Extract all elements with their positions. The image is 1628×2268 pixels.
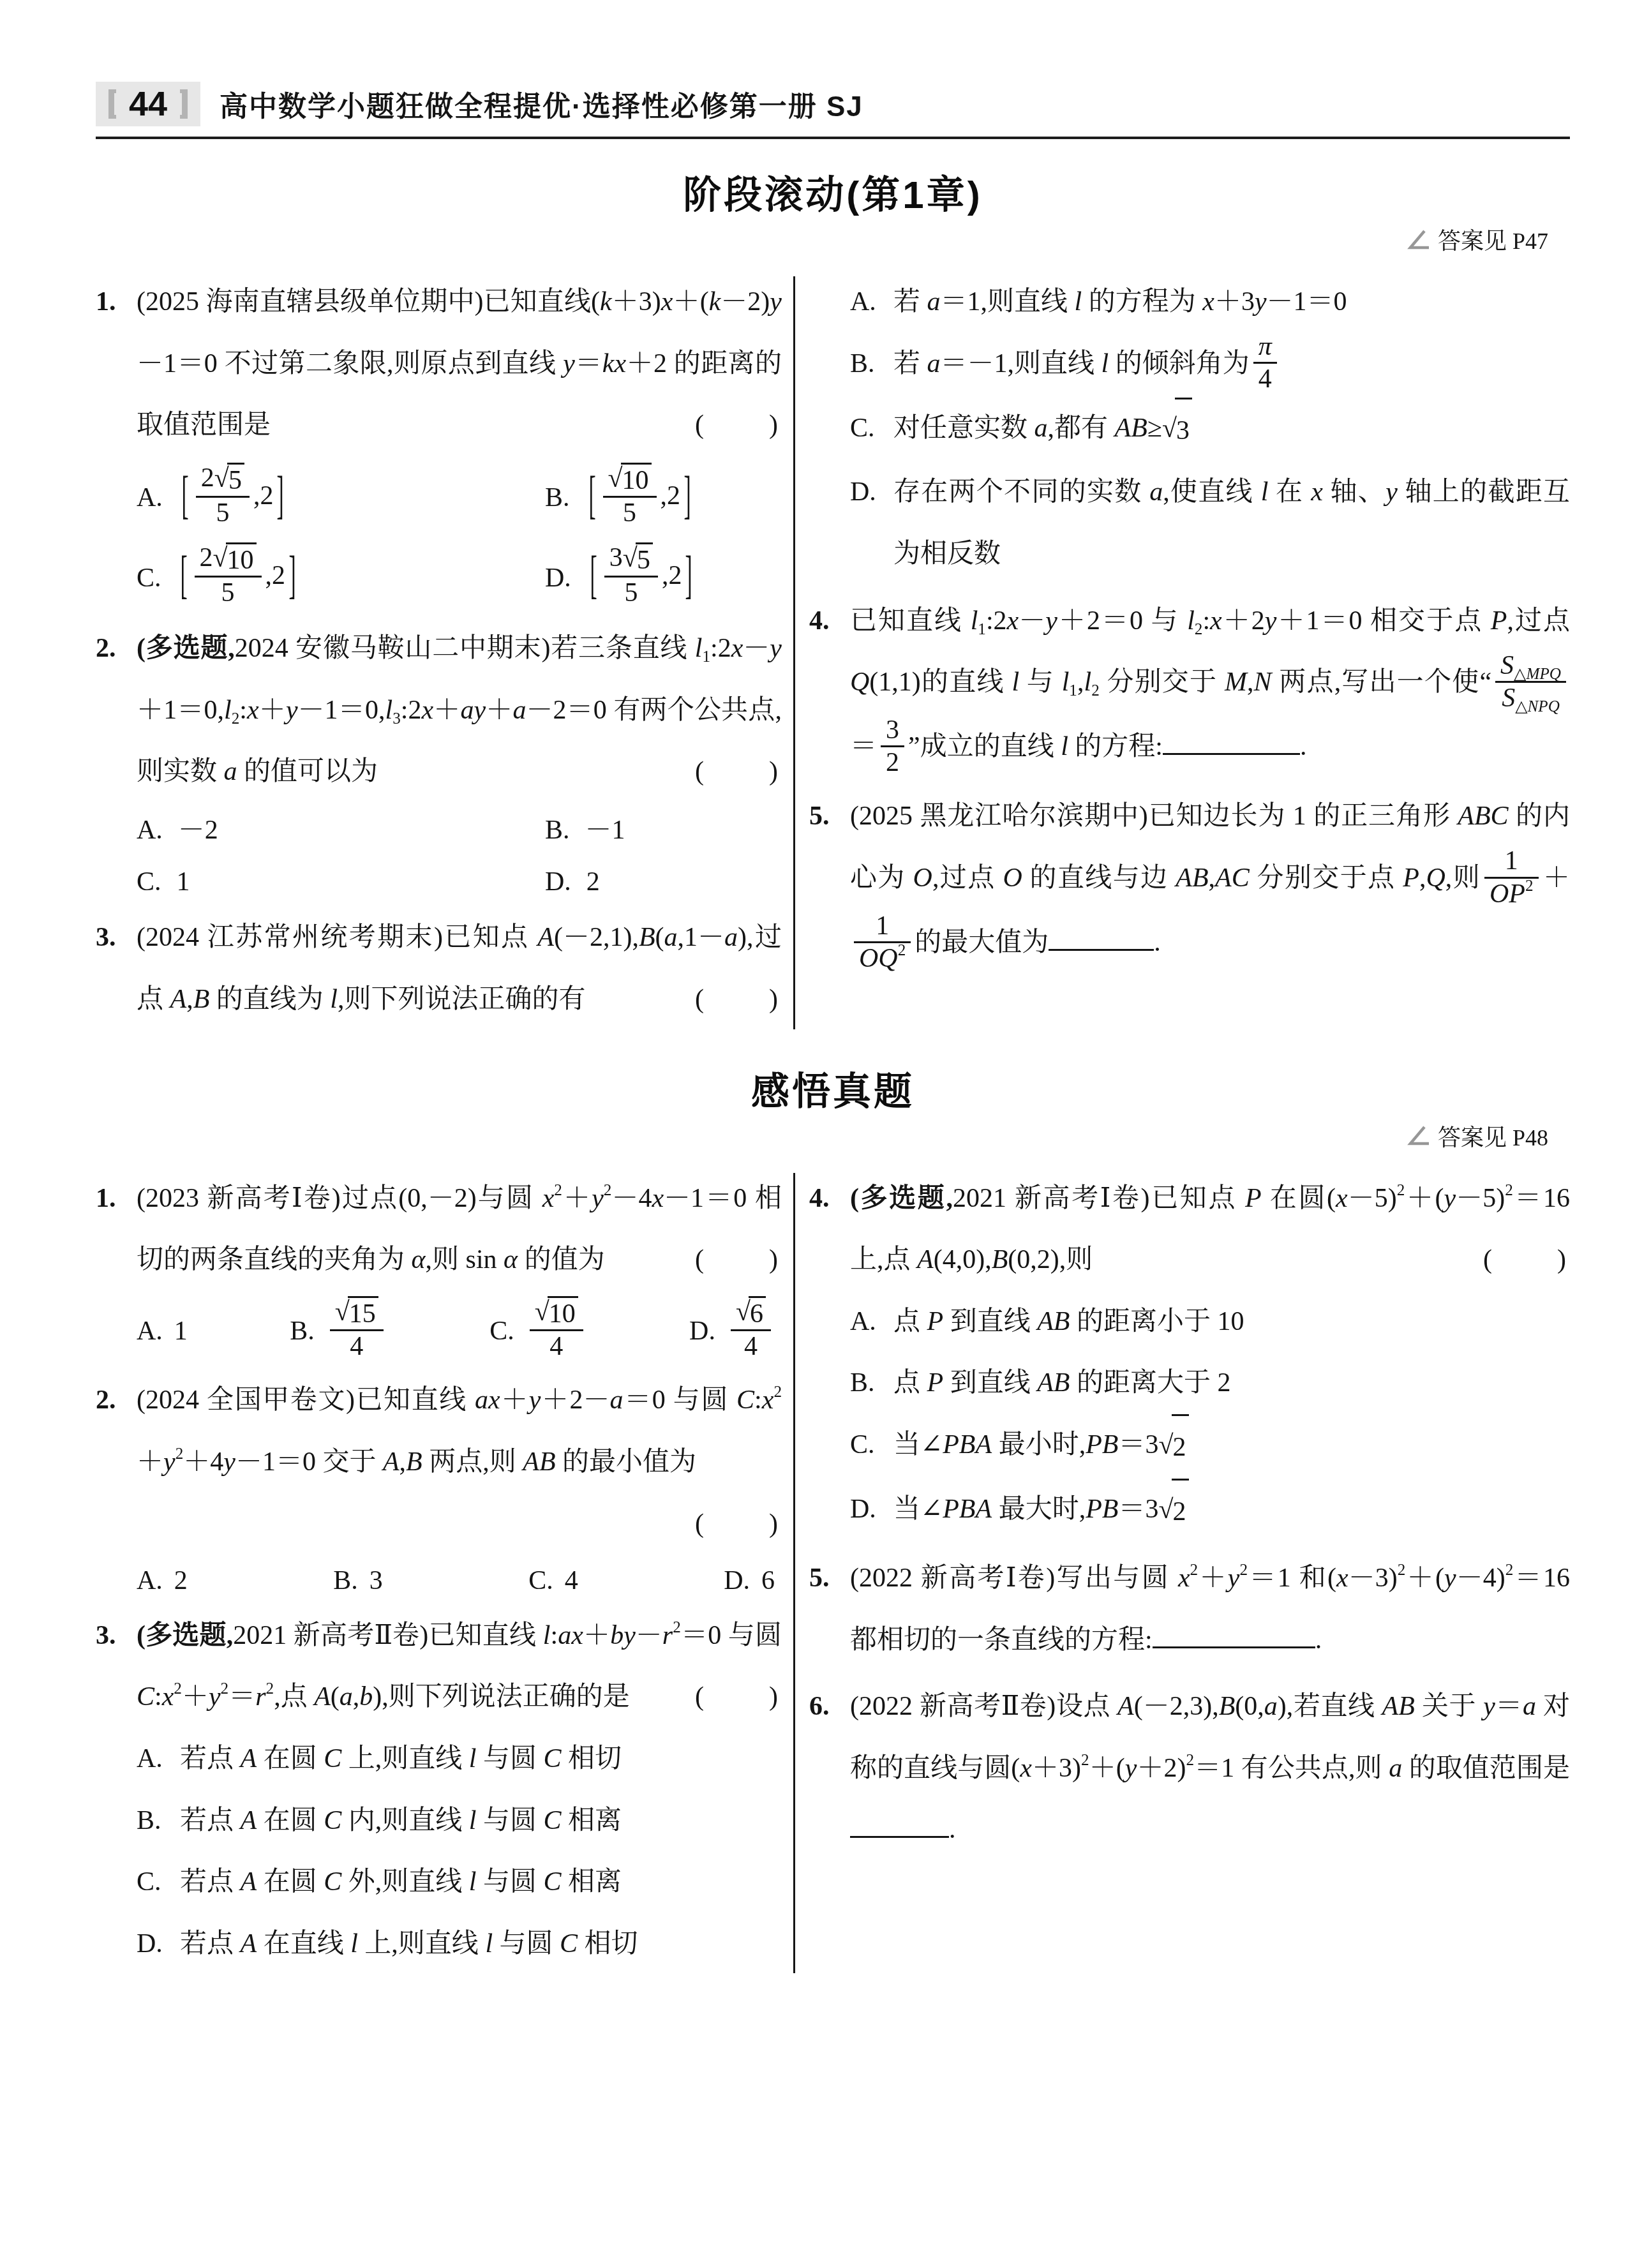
option-label: A. <box>850 1291 876 1353</box>
option: A.点 P 到直线 AB 的距离小于 10 <box>850 1291 1570 1353</box>
math-variable: l <box>469 1744 477 1773</box>
math-variable: y <box>1228 1563 1240 1593</box>
option-value: 2 <box>174 1562 188 1600</box>
math-variable: l <box>1084 668 1091 697</box>
math-variable: y <box>209 1682 221 1712</box>
math-variable: x <box>1210 606 1222 636</box>
fraction-denominator: 2 <box>881 745 904 778</box>
problem: 5.(2022 新高考Ⅰ卷)写出与圆 x2＋y2＝1 和(x－3)2＋(y－4)… <box>809 1548 1570 1671</box>
math-variable: k <box>709 287 721 317</box>
radical-sign: √ <box>608 463 623 494</box>
option-value: 1 <box>177 863 190 901</box>
answer-blank <box>1049 921 1154 951</box>
superscript: 2 <box>1505 1182 1513 1199</box>
problem-number: 2. <box>96 618 116 680</box>
option: C.对任意实数 a,都有 AB≥√3 <box>850 398 1570 462</box>
math-variable: y <box>1125 1754 1137 1783</box>
math-variable: A <box>170 985 187 1014</box>
fraction: √64 <box>731 1296 771 1362</box>
math-variable: x <box>661 287 673 317</box>
option-value: 若点 A 在圆 C 内,则直线 l 与圆 C 相离 <box>180 1806 622 1835</box>
right-bracket-decoration <box>180 89 188 119</box>
problem-stem: (多选题,2024 安徽马鞍山二中期末)若三条直线 l1:2x－y＋1＝0,l2… <box>137 618 782 803</box>
problem: 1.(2023 新高考Ⅰ卷)过点(0,－2)与圆 x2＋y2－4x－1＝0 相切… <box>96 1168 782 1365</box>
math-variable: A <box>241 1806 257 1835</box>
page-content: 44 高中数学小题狂做全程提优·选择性必修第一册 SJ 阶段滚动(第1章) 答案… <box>0 0 1628 1980</box>
math-variable: l <box>1187 606 1195 636</box>
option: D.若点 A 在直线 l 上,则直线 l 与圆 C 相切 <box>137 1913 782 1975</box>
radical-sign: √ <box>736 1297 751 1327</box>
option-value: √104 <box>526 1299 587 1365</box>
square-root: √15 <box>335 1296 378 1329</box>
math-variable: by <box>610 1621 636 1650</box>
math-variable: x <box>421 696 433 725</box>
option: B.[√105,2] <box>545 465 782 532</box>
radical-sign: √ <box>1159 1479 1174 1541</box>
math-variable: l <box>485 1929 493 1958</box>
radicand: 5 <box>636 542 653 576</box>
section-title: 感悟真题 <box>96 1061 1570 1116</box>
math-variable: l <box>385 696 392 725</box>
problem-number: 3. <box>96 1605 116 1667</box>
big-left-bracket: [ <box>588 460 595 533</box>
answer-blank <box>1153 1618 1315 1648</box>
big-right-bracket: ] <box>288 540 295 613</box>
column-divider <box>793 1173 795 1974</box>
problem: 1.(2025 海南直辖县级单位期中)已知直线(k＋3)x＋(k－2)y－1＝0… <box>96 271 782 611</box>
fraction-denominator: 5 <box>603 496 657 528</box>
answer-angle-icon <box>1405 1124 1430 1147</box>
section-real-exam: 感悟真题 答案见 P48 1.(2023 新高考Ⅰ卷)过点(0,－2)与圆 x2… <box>96 1061 1570 1980</box>
superscript: 2 <box>221 1681 229 1698</box>
math-variable: x <box>1311 477 1323 507</box>
math-variable: ax <box>558 1621 583 1650</box>
option-label: A. <box>137 1728 163 1790</box>
math-variable: a <box>1389 1754 1402 1783</box>
option-value: 当∠PBA 最大时,PB＝3√2 <box>893 1495 1189 1524</box>
math-variable: a <box>224 757 237 786</box>
option: B.－1 <box>545 812 782 849</box>
option-label: B. <box>137 1790 161 1852</box>
subscript: 1 <box>1069 682 1077 699</box>
math-variable: AB <box>1382 1692 1415 1721</box>
radicand: 3 <box>1175 398 1192 462</box>
answer-reference-text: 答案见 P48 <box>1438 1120 1548 1153</box>
option-label: D. <box>545 863 571 901</box>
fraction-denominator: S△NPQ <box>1495 681 1566 713</box>
math-variable: l <box>1062 668 1070 697</box>
fraction: √105 <box>603 463 657 529</box>
option: A.2 <box>137 1562 188 1600</box>
answer-reference: 答案见 P48 <box>96 1120 1548 1153</box>
math-variable: A <box>917 1245 934 1274</box>
math-variable: y <box>770 634 782 663</box>
answer-blank <box>850 1808 949 1838</box>
math-variable: x <box>542 1184 555 1213</box>
section-title: 阶段滚动(第1章) <box>96 165 1570 220</box>
fraction: 3√55 <box>604 542 658 609</box>
math-variable: AB <box>1176 863 1208 893</box>
math-variable: C <box>324 1806 341 1835</box>
problem-number: 5. <box>809 786 830 847</box>
math-variable: P <box>1403 863 1419 893</box>
radicand: 10 <box>226 542 257 576</box>
math-variable: x <box>1178 1563 1190 1593</box>
answer-paren: ( ) <box>695 1493 782 1555</box>
option-label: D. <box>137 1913 163 1975</box>
math-variable: a <box>610 1385 624 1415</box>
math-variable: A <box>537 923 554 952</box>
radicand: 10 <box>621 463 652 496</box>
roman-text: sin <box>466 1245 497 1274</box>
option: C.当∠PBA 最小时,PB＝3√2 <box>850 1414 1570 1479</box>
left-column: 1.(2023 新高考Ⅰ卷)过点(0,－2)与圆 x2＋y2－4x－1＝0 相切… <box>96 1168 782 1980</box>
page: { "header": { "page_num": "44", "title":… <box>0 0 1628 2268</box>
problem-number: 1. <box>96 271 116 333</box>
answer-paren: ( ) <box>695 394 782 456</box>
two-column-area: 1.(2025 海南直辖县级单位期中)已知直线(k＋3)x＋(k－2)y－1＝0… <box>96 271 1570 1036</box>
option-label: C. <box>489 1313 514 1350</box>
page-number-box: 44 <box>96 82 200 126</box>
fraction-denominator: OQ2 <box>854 941 911 974</box>
radical-sign: √ <box>1162 398 1177 460</box>
problem-stem: (多选题,2021 新高考Ⅰ卷)已知点 P 在圆(x－5)2＋(y－5)2＝16… <box>850 1168 1570 1291</box>
problem: 4.已知直线 l1:2x－y＋2＝0 与 l2:x＋2y＋1＝0 相交于点 P,… <box>809 590 1570 781</box>
option-value: 点 P 到直线 AB 的距离大于 2 <box>893 1368 1231 1398</box>
option: A.[2√55,2] <box>137 465 545 532</box>
section-stage-rolling: 阶段滚动(第1章) 答案见 P47 1.(2025 海南直辖县级单位期中)已知直… <box>96 165 1570 1036</box>
subscript: 1 <box>978 620 986 638</box>
math-variable: x <box>162 1682 174 1712</box>
option-value: 当∠PBA 最小时,PB＝3√2 <box>893 1430 1189 1459</box>
option: C.[2√105,2] <box>137 545 545 611</box>
math-variable: A <box>1117 1692 1134 1721</box>
column-divider <box>793 276 795 1029</box>
option-value: 存在两个不同的实数 a,使直线 l 在 x 轴、y 轴上的截距互为相反数 <box>893 477 1570 569</box>
square-root: √6 <box>736 1296 766 1329</box>
math-variable: A <box>314 1682 331 1712</box>
option: C.4 <box>528 1562 578 1600</box>
math-variable: A <box>383 1447 400 1477</box>
math-variable: y <box>1444 1184 1456 1213</box>
math-variable: B <box>406 1447 422 1477</box>
math-variable: x <box>1202 287 1214 317</box>
right-column: A.若 a＝1,则直线 l 的方程为 x＋3y－1＝0B.若 a＝－1,则直线 … <box>809 271 1570 1036</box>
option-value: 若点 A 在直线 l 上,则直线 l 与圆 C 相切 <box>180 1929 638 1958</box>
math-variable: Q <box>1426 863 1445 893</box>
math-variable: N <box>1253 668 1271 697</box>
math-variable: r <box>662 1621 673 1650</box>
math-variable: a <box>1149 477 1163 507</box>
math-variable: y <box>1255 287 1267 317</box>
two-column-area: 1.(2023 新高考Ⅰ卷)过点(0,－2)与圆 x2＋y2－4x－1＝0 相切… <box>96 1168 1570 1980</box>
fraction-numerator: 2√10 <box>195 542 262 576</box>
math-variable: PB <box>1086 1495 1118 1524</box>
option: A.－2 <box>137 812 545 849</box>
math-variable: x <box>247 696 259 725</box>
option: D.√64 <box>689 1299 775 1365</box>
math-variable: ax <box>475 1385 500 1415</box>
math-variable: B <box>1219 1692 1236 1721</box>
option-value: [√105,2] <box>585 465 695 532</box>
option-label: C. <box>137 1851 161 1913</box>
math-variable: P <box>1245 1184 1262 1213</box>
math-variable: y <box>529 1385 541 1415</box>
math-variable: y <box>563 349 575 378</box>
math-variable: a <box>1523 1692 1536 1721</box>
math-variable: S <box>1502 683 1515 713</box>
option-value: 若 a＝1,则直线 l 的方程为 x＋3y－1＝0 <box>893 287 1347 317</box>
math-variable: P <box>1491 606 1507 636</box>
superscript: 2 <box>1240 1562 1248 1579</box>
fraction-numerator: 2√5 <box>196 463 250 496</box>
problem-stem: 已知直线 l1:2x－y＋2＝0 与 l2:x＋2y＋1＝0 相交于点 P,过点… <box>850 590 1570 781</box>
math-variable: α <box>504 1245 518 1274</box>
math-variable: a <box>1034 414 1048 443</box>
option: B.√154 <box>290 1299 387 1365</box>
radicand: 15 <box>348 1296 378 1329</box>
option-value: 对任意实数 a,都有 AB≥√3 <box>893 414 1192 443</box>
radical-sign: √ <box>535 1297 549 1327</box>
fraction: 1OP2 <box>1484 846 1539 909</box>
square-root: √2 <box>1159 1414 1189 1479</box>
math-variable: a <box>664 923 678 952</box>
math-variable: AB <box>523 1447 555 1477</box>
fraction-denominator: 4 <box>530 1329 583 1362</box>
math-variable: r <box>255 1682 265 1712</box>
answer-paren: ( ) <box>695 741 782 803</box>
option: B.3 <box>333 1562 383 1600</box>
problem: 3.(2024 江苏常州统考期末)已知点 A(－2,1),B(a,1－a),过点… <box>96 907 782 1030</box>
problem: 2.(多选题,2024 安徽马鞍山二中期末)若三条直线 l1:2x－y＋1＝0,… <box>96 618 782 900</box>
math-variable: x <box>762 1385 774 1415</box>
option-label: A. <box>137 1562 163 1600</box>
option-label: B. <box>290 1313 315 1350</box>
answer-reference-text: 答案见 P47 <box>1438 223 1548 256</box>
problem-stem: (2025 黑龙江哈尔滨期中)已知边长为 1 的正三角形 ABC 的内心为 O,… <box>850 786 1570 976</box>
math-variable: AB <box>1037 1307 1070 1336</box>
superscript: 2 <box>1525 877 1534 895</box>
option: B.点 P 到直线 AB 的距离大于 2 <box>850 1352 1570 1414</box>
option-label: A. <box>137 812 163 849</box>
option-label: D. <box>545 560 571 597</box>
problem-stem: (2024 全国甲卷文)已知直线 ax＋y＋2－a＝0 与圆 C:x2＋y2＋4… <box>137 1369 782 1555</box>
square-root: √10 <box>535 1296 578 1329</box>
square-root: √3 <box>1162 398 1192 462</box>
superscript: 2 <box>898 942 906 959</box>
math-variable: x <box>731 634 743 663</box>
subscript: △MPQ <box>1514 665 1561 682</box>
big-left-bracket: [ <box>181 460 188 533</box>
option-value: 6 <box>761 1562 775 1600</box>
subscript: 2 <box>232 710 240 727</box>
option: A.若 a＝1,则直线 l 的方程为 x＋3y－1＝0 <box>850 271 1570 333</box>
math-variable: y <box>223 1447 235 1477</box>
option: D.存在两个不同的实数 a,使直线 l 在 x 轴、y 轴上的截距互为相反数 <box>850 461 1570 585</box>
math-variable: C <box>137 1682 154 1712</box>
option-label: B. <box>850 333 875 395</box>
big-left-bracket: [ <box>590 540 597 613</box>
option-value: 若 a＝－1,则直线 l 的倾斜角为π4 <box>893 349 1281 378</box>
problem-stem: (多选题,2021 新高考Ⅱ卷)已知直线 l:ax＋by－r2＝0 与圆 C:x… <box>137 1605 782 1728</box>
fraction-numerator: 3 <box>881 715 904 745</box>
math-variable: a <box>340 1682 353 1712</box>
subscript: 1 <box>702 648 710 666</box>
math-variable: a <box>927 349 941 378</box>
math-variable: C <box>543 1744 561 1773</box>
radicand: 6 <box>749 1296 766 1329</box>
right-column: 4.(多选题,2021 新高考Ⅰ卷)已知点 P 在圆(x－5)2＋(y－5)2＝… <box>809 1168 1570 1980</box>
math-variable: π <box>1258 332 1272 361</box>
math-variable: x <box>1336 1563 1348 1593</box>
fraction-numerator: 1 <box>1484 846 1539 876</box>
math-variable: B <box>193 985 210 1014</box>
math-variable: kx <box>602 349 626 378</box>
superscript: 2 <box>554 1182 562 1199</box>
math-variable: x <box>1007 606 1019 636</box>
option-value: －2 <box>178 812 218 849</box>
superscript: 2 <box>266 1681 274 1698</box>
big-right-bracket: ] <box>277 460 284 533</box>
math-variable: y <box>592 1184 604 1213</box>
superscript: 2 <box>174 1681 182 1698</box>
problem-stem: (2023 新高考Ⅰ卷)过点(0,－2)与圆 x2＋y2－4x－1＝0 相切的两… <box>137 1168 782 1291</box>
option: C.√104 <box>489 1299 587 1365</box>
math-variable: a <box>1264 1692 1278 1721</box>
options-row: A.2B.3C.4D.6 <box>137 1562 775 1600</box>
option-label: D. <box>850 461 876 523</box>
math-variable: PB <box>1086 1430 1118 1459</box>
option-label: D. <box>689 1313 715 1350</box>
math-variable: l <box>1012 668 1019 697</box>
answer-paren: ( ) <box>695 969 782 1031</box>
problem: 5.(2025 黑龙江哈尔滨期中)已知边长为 1 的正三角形 ABC 的内心为 … <box>809 786 1570 976</box>
fraction-numerator: 3√5 <box>604 542 658 576</box>
option-value: [2√105,2] <box>177 545 300 611</box>
math-variable: ay <box>460 696 486 725</box>
problem: 2.(2024 全国甲卷文)已知直线 ax＋y＋2－a＝0 与圆 C:x2＋y2… <box>96 1369 782 1600</box>
fraction-denominator: 4 <box>330 1329 384 1362</box>
math-variable: l <box>1261 477 1269 507</box>
option-value: 4 <box>565 1562 578 1600</box>
option-label: C. <box>528 1562 553 1600</box>
option-value: [2√55,2] <box>178 465 288 532</box>
option-value: √64 <box>727 1299 775 1365</box>
answer-paren: ( ) <box>695 1666 782 1728</box>
subscript: 2 <box>1195 620 1203 638</box>
answer-paren: ( ) <box>695 1229 782 1291</box>
fraction-denominator: 4 <box>731 1329 771 1362</box>
radical-sign: √ <box>335 1297 350 1327</box>
option: D.[3√55,2] <box>545 545 782 611</box>
option-value: 若点 A 在圆 C 上,则直线 l 与圆 C 相切 <box>180 1744 622 1773</box>
square-root: √5 <box>623 542 653 576</box>
fraction-numerator: √15 <box>330 1296 384 1329</box>
options-grid: A.[2√55,2]B.[√105,2]C.[2√105,2]D.[3√55,2… <box>137 465 782 611</box>
math-variable: y <box>1444 1563 1456 1593</box>
option: A.1 <box>137 1313 188 1350</box>
option: D.6 <box>724 1562 775 1600</box>
math-variable: C <box>736 1385 754 1415</box>
bold-text: (多选题, <box>137 1621 233 1650</box>
problem-stem: (2022 新高考Ⅰ卷)写出与圆 x2＋y2＝1 和(x－3)2＋(y－4)2＝… <box>850 1548 1570 1671</box>
problem-number: 1. <box>96 1168 116 1230</box>
answer-reference: 答案见 P47 <box>96 223 1548 256</box>
math-variable: M <box>1225 668 1247 697</box>
problem-stem: (2022 新高考Ⅱ卷)设点 A(－2,3),B(0,a),若直线 AB 关于 … <box>850 1676 1570 1861</box>
fraction: 1OQ2 <box>854 911 911 974</box>
square-root: √10 <box>213 542 257 576</box>
fraction-numerator: √10 <box>603 463 657 496</box>
math-variable: l <box>224 696 232 725</box>
math-variable: C <box>560 1929 578 1958</box>
option-label: C. <box>137 560 161 597</box>
math-variable: a <box>927 287 941 317</box>
fraction: 2√55 <box>196 463 250 529</box>
option: B.若 a＝－1,则直线 l 的倾斜角为π4 <box>850 333 1570 398</box>
math-variable: C <box>324 1744 341 1773</box>
math-variable: S <box>1500 651 1514 680</box>
math-variable: k <box>600 287 612 317</box>
math-variable: b <box>359 1682 373 1712</box>
math-variable: O <box>913 863 932 893</box>
subscript: 3 <box>392 710 401 727</box>
fraction: π4 <box>1253 331 1277 395</box>
superscript: 2 <box>1190 1562 1199 1579</box>
math-variable: y <box>286 696 298 725</box>
superscript: 2 <box>1397 1182 1405 1199</box>
math-variable: l <box>330 985 338 1014</box>
superscript: 2 <box>175 1445 184 1463</box>
problem-number: 2. <box>96 1369 116 1431</box>
superscript: 2 <box>773 1384 782 1401</box>
option-value: √154 <box>326 1299 387 1365</box>
math-variable: l <box>971 606 978 636</box>
math-variable: NPQ <box>1528 698 1560 715</box>
math-variable: P <box>927 1368 944 1398</box>
math-variable: l <box>469 1867 477 1897</box>
big-right-bracket: ] <box>683 460 691 533</box>
math-variable: A <box>241 1867 257 1897</box>
math-variable: l <box>695 634 703 663</box>
option-label: B. <box>850 1352 875 1414</box>
option-value: 1 <box>174 1313 188 1350</box>
fraction-denominator: 5 <box>604 576 658 608</box>
math-variable: A <box>241 1744 257 1773</box>
math-variable: B <box>992 1245 1008 1274</box>
square-root: √5 <box>214 463 244 496</box>
option-value: －1 <box>585 812 625 849</box>
math-variable: PBA <box>943 1495 992 1524</box>
superscript: 2 <box>1398 1562 1406 1579</box>
option-value: 若点 A 在圆 C 外,则直线 l 与圆 C 相离 <box>180 1867 622 1897</box>
superscript: 2 <box>1505 1562 1514 1579</box>
math-variable: OQ <box>859 944 898 973</box>
fraction: 2√105 <box>195 542 262 609</box>
math-variable: MPQ <box>1526 665 1561 682</box>
math-variable: y <box>770 287 782 317</box>
radicand: 5 <box>227 463 244 496</box>
radicand: 2 <box>1172 1479 1189 1543</box>
problem: 6.(2022 新高考Ⅱ卷)设点 A(－2,3),B(0,a),若直线 AB 关… <box>809 1676 1570 1861</box>
subscript: △NPQ <box>1515 698 1560 715</box>
fraction-denominator: 5 <box>195 576 262 608</box>
math-variable: l <box>1102 349 1109 378</box>
option-label: B. <box>545 479 570 517</box>
fraction-denominator: 4 <box>1253 362 1277 394</box>
square-root: √10 <box>608 463 652 496</box>
problem-number: 6. <box>809 1676 830 1738</box>
